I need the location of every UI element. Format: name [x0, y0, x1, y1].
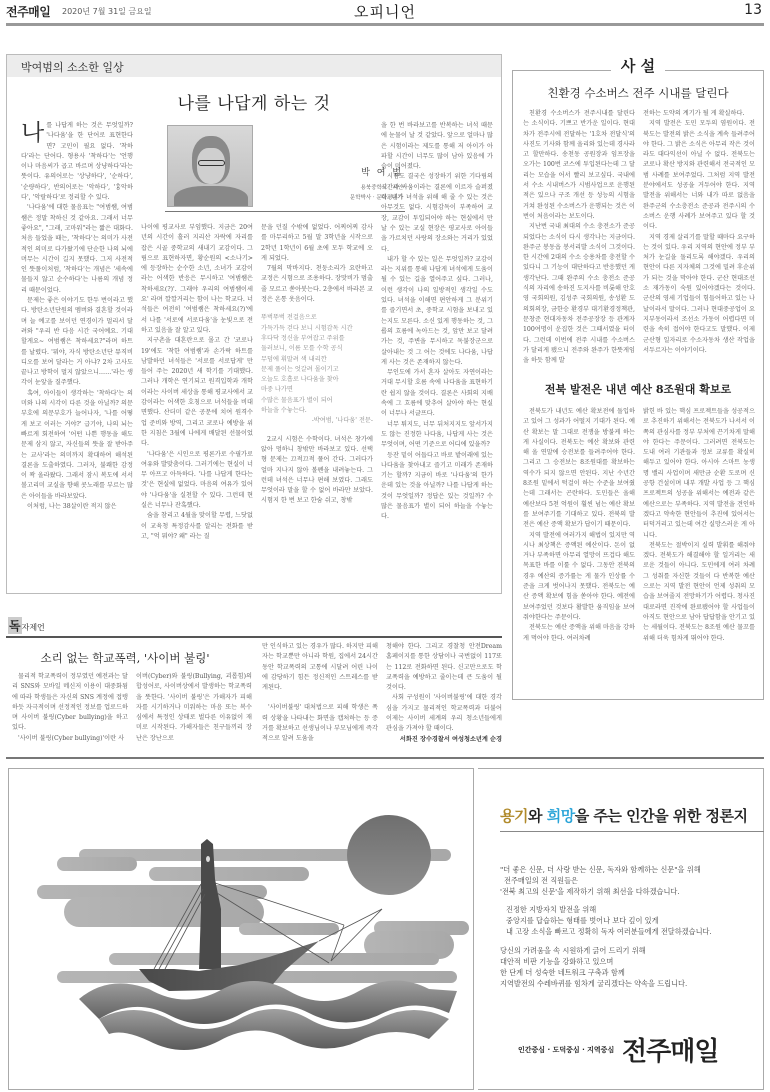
poem-credit: -박여범, '나다움' 전문- [261, 416, 373, 426]
editorial-headline-1: 친환경 수소버스 전주 시내를 달린다 [513, 85, 763, 101]
reader-title: 소리 없는 학교폭력, '사이버 불링' [0, 650, 250, 666]
reader-col-1: 물리적 학교폭력이 정부였던 예전과는 달리 SNS와 모바일 메신저 이용이 … [12, 672, 128, 752]
editorial-label: 사 설 [513, 55, 763, 76]
editorial-1-col-2: 전하는 도약의 계기가 될 게 확실하다. 지역 발전은 도민 모두의 염원이다… [643, 109, 755, 373]
reader-col-2: 이버(Cyber)와 불링(Bullying, 괴롭힘)의 합성어로, 사이버상… [136, 672, 252, 752]
reader-rule [6, 636, 502, 638]
masthead: 전주매일 2020년 7월 31일 금요일 오피니언 13 [0, 0, 770, 24]
editorial-1-col-1: 친환경 수소버스가 전주시내를 달린다는 소식이다. 기쁘고 반가운 일이다. … [523, 109, 635, 373]
editorial-box: 사 설 친환경 수소버스 전주 시내를 달린다 친환경 수소버스가 전주시내를 … [512, 70, 764, 700]
essay-col-3: 문을 던질 수밖에 없었다. 어찌어찌 감사를 마무리하고 5월 말 3학년을 … [261, 223, 373, 589]
promo-paragraph-1: "더 좋은 신문, 더 사랑 받는 신문, 독자와 함께하는 신문"을 위해 전… [500, 864, 760, 897]
editorial-2-col-1: 전북도가 내년도 예산 확보전에 돌입하고 있어 그 성과가 어떨지 기대가 된… [523, 407, 635, 695]
editorial-2-col-2: 밝힌 바 있는 핵심 프로젝트들을 성공적으로 추진하기 위해서는 전북도가 나… [643, 407, 755, 695]
promo-box: 용기와 희망을 주는 인간을 위한 정론지 "더 좋은 신문, 더 사랑 받는 … [478, 768, 764, 1090]
poem: 뚜벅뚜벅 전걸음으로가득가득 걷다 보니 시험감독 시간후다닥 정신을 부여잡고… [261, 313, 373, 416]
reader-col-4: 청해야 한다. 그리고 경찰청 안전Dream 홈페이지를 통한 상담이나 국번… [386, 642, 502, 754]
ship-at-sea-icon [9, 769, 473, 1089]
promo-title: 용기와 희망을 주는 인간을 위한 정론지 [500, 805, 747, 826]
essay-col-4: 을 한 번 바라보고를 반복하는 녀석 때문에 눈물이 날 것 같았다. 앞으로… [381, 121, 493, 589]
promo-paragraph-2: 진정한 지방자치 발전을 위해 중앙지를 답습하는 형태를 벗어나 보다 깊이 … [506, 904, 766, 937]
author-photo [167, 125, 253, 207]
dropcap: 나 [21, 122, 44, 142]
promo-logo: 전주매일 [622, 1031, 718, 1068]
essay-col-1: 나를 나답게 하는 것은 무엇일까? '나다움'을 한 단어로 표현한다면? 고… [21, 121, 133, 589]
ship-illustration [8, 768, 474, 1090]
column-header: 박여범의 소소한 일상 [7, 55, 501, 77]
reader-author: 서화진 장수경찰서 여성청소년계 순경 [386, 735, 502, 745]
reader-section-label: 독자제언 [8, 617, 45, 634]
promo-slogan: 인간중심 · 도덕중심 · 지역중심 [518, 1045, 614, 1055]
promo-paragraph-3: 당신의 가려움을 속 시원하게 긁어 드리기 위해 대안적 비판 기능을 강화하… [500, 945, 760, 989]
essay-column: 박여범의 소소한 일상 나를 나답게 하는 것 나를 나답게 하는 것은 무엇일… [6, 54, 502, 594]
masthead-rule [6, 23, 764, 26]
editorial-headline-2: 전북 발전은 내년 예산 8조원대 확보로 [513, 381, 763, 397]
section-title: 오피니언 [0, 1, 770, 22]
essay-title: 나를 나답게 하는 것 [7, 89, 501, 114]
promo-rule [500, 831, 764, 832]
section-divider [6, 757, 764, 759]
reader-col-3: 만 인식하고 있는 경우가 많다. 하지만 피해자는 학교뿐만 아니라 학원, … [262, 642, 378, 754]
author-divider [165, 211, 405, 212]
page-number: 13 [744, 2, 762, 18]
essay-col-2: 나이에 평교사로 부임했다. 지금은 20여 년의 시간이 흘러 지리산 자락에… [141, 223, 253, 589]
